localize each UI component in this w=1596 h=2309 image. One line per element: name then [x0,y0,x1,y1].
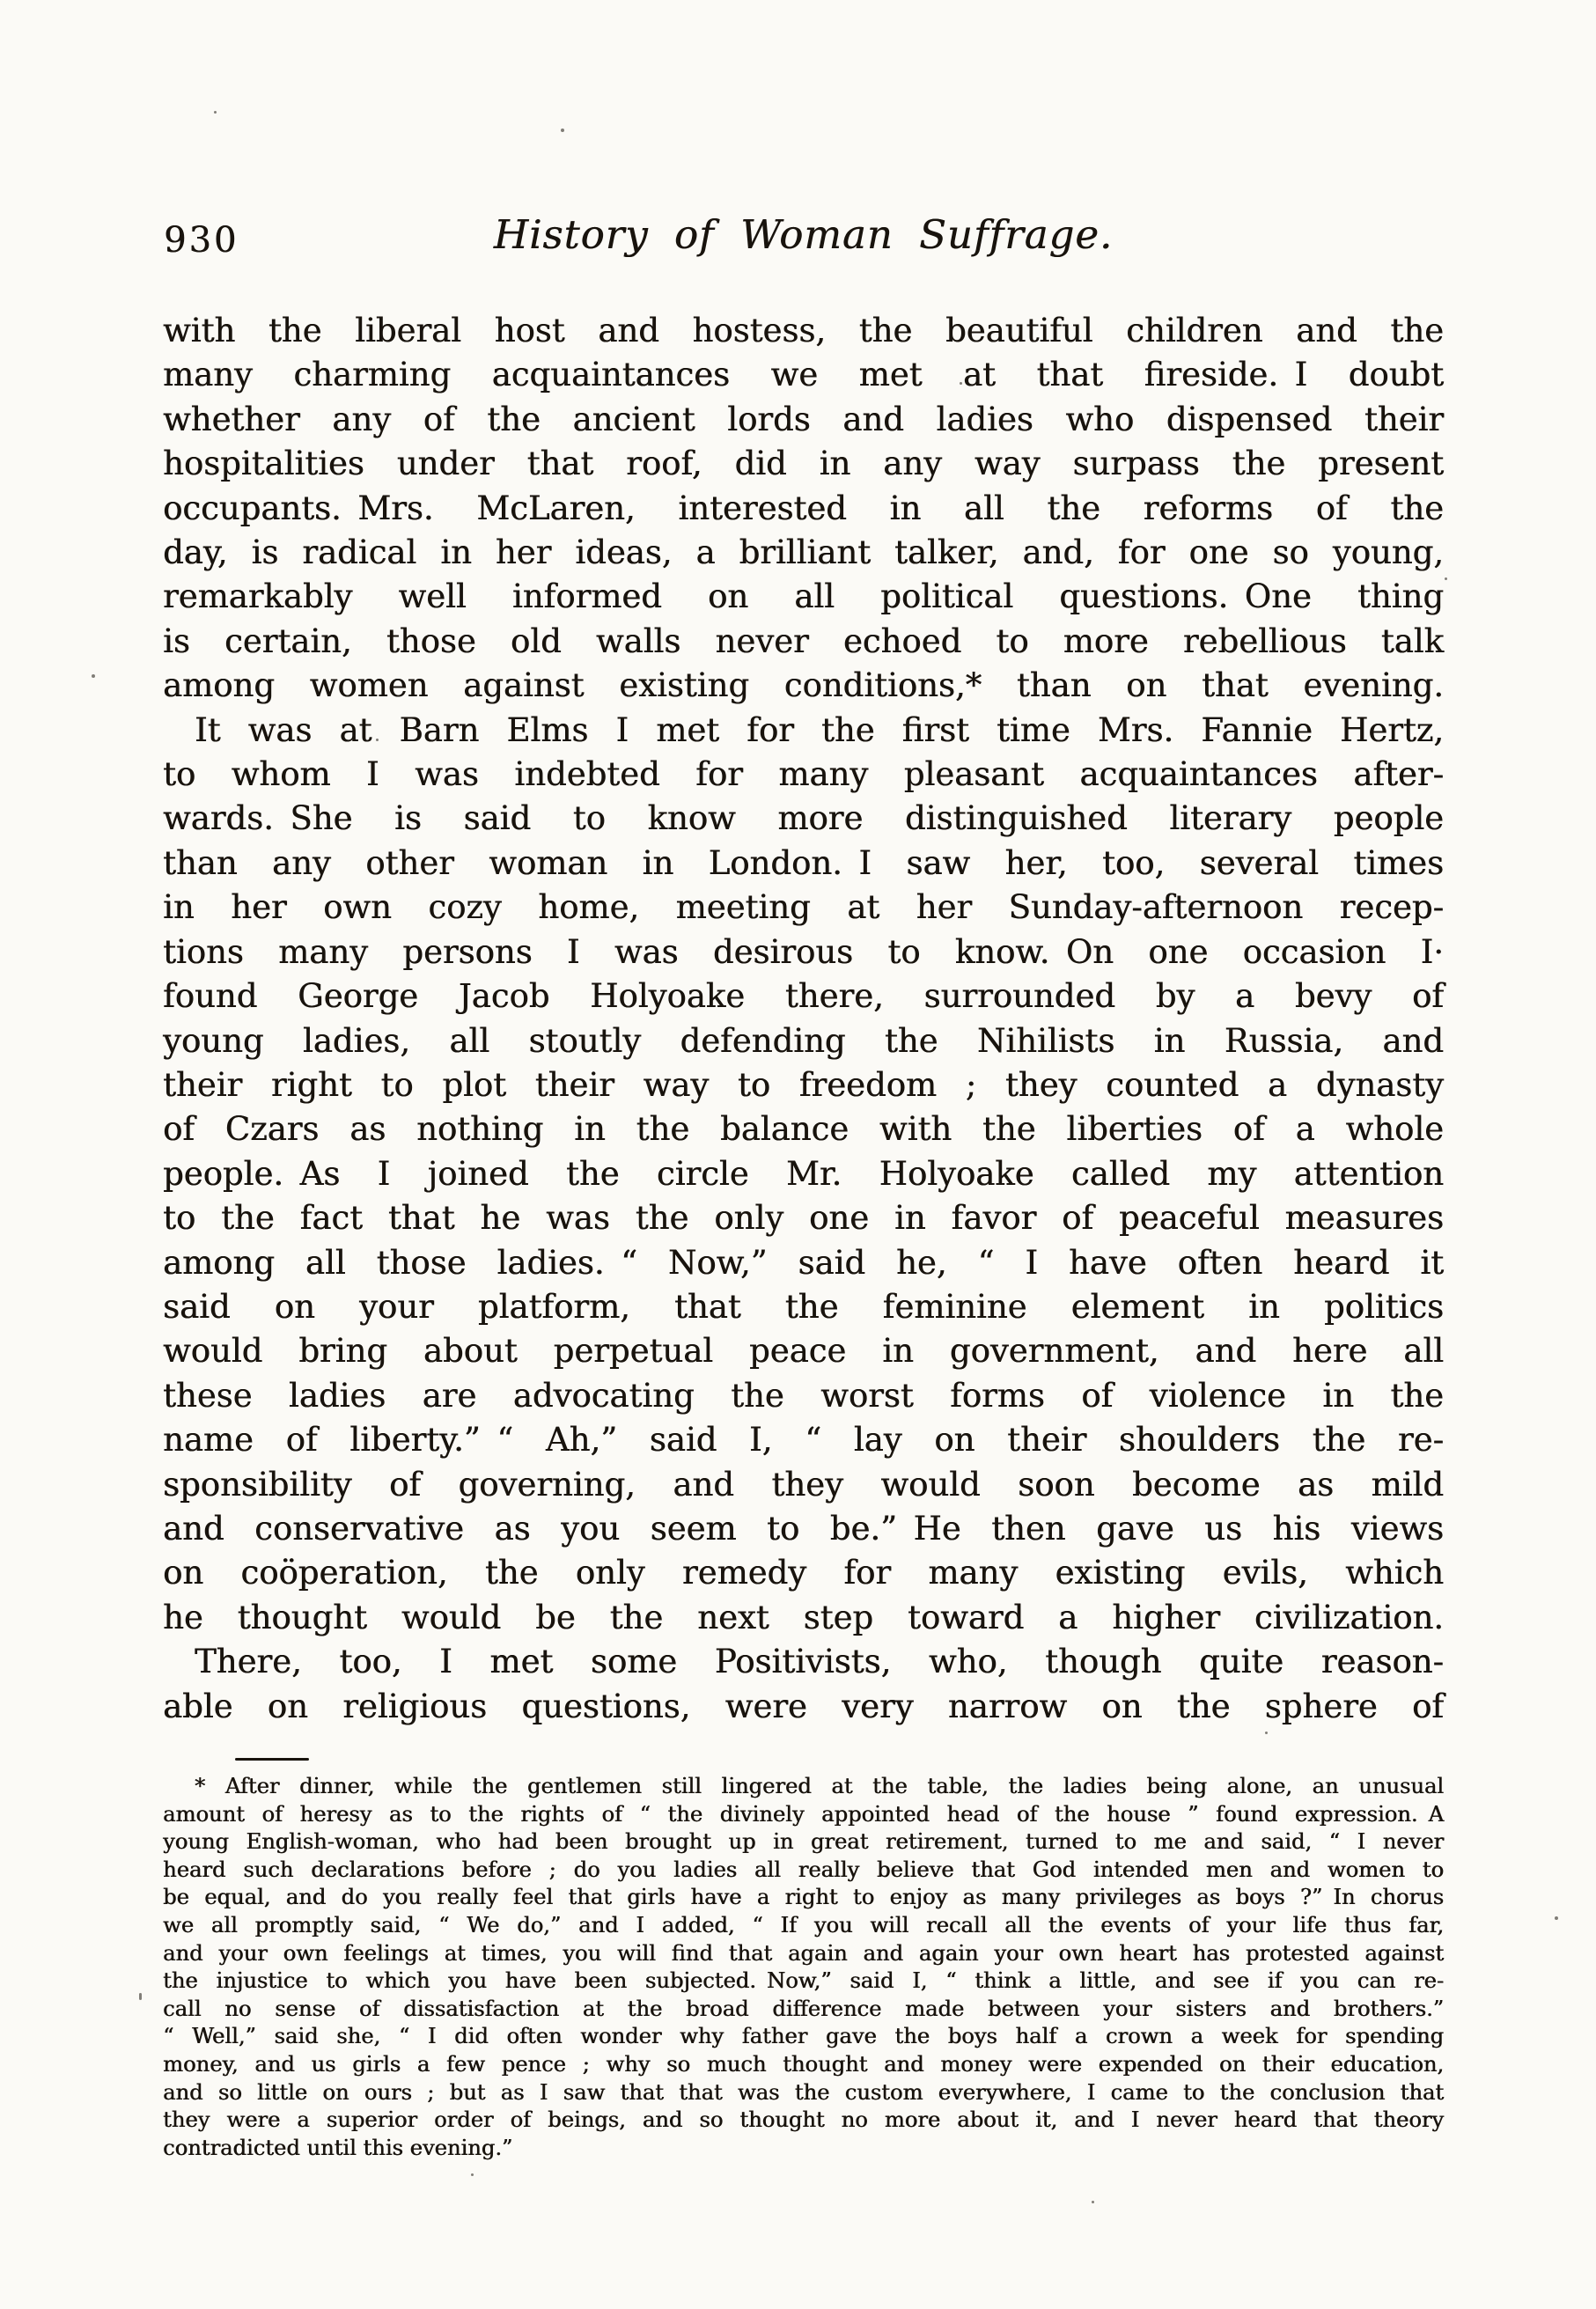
body-line: in her own cozy home, meeting at her Sun… [163,886,1444,930]
scan-speck [376,739,379,741]
footnote-line: call no sense of dissatisfaction at the … [163,1996,1444,2024]
body-line: to whom I was indebted for many pleasant… [163,753,1444,797]
scan-speck [214,111,217,114]
body-line: is certain, those old walls never echoed… [163,620,1444,664]
body-line: among women against existing conditions,… [163,664,1444,708]
scan-speck [960,382,962,385]
body-line: these ladies are advocating the worst fo… [163,1374,1444,1418]
footnote-line: young English-woman, who had been brough… [163,1828,1444,1857]
scan-speck [139,1993,142,2000]
body-line: able on religious questions, were very n… [163,1685,1444,1729]
body-line: day, is radical in her ideas, a brillian… [163,531,1444,575]
body-line: occupants. Mrs. McLaren, interested in a… [163,487,1444,531]
footnote-line: be equal, and do you really feel that gi… [163,1884,1444,1912]
body-line: There, too, I met some Positivists, who,… [163,1640,1444,1684]
body-line: wards. She is said to know more distingu… [163,797,1444,841]
footnote-line: amount of heresy as to the rights of “ t… [163,1801,1444,1829]
body-line: of Czars as nothing in the balance with … [163,1107,1444,1151]
footnote: * After dinner, while the gentlemen stil… [163,1773,1444,2162]
body-line: would bring about perpetual peace in gov… [163,1329,1444,1373]
scan-speck [1445,577,1447,580]
footnote-divider [235,1758,309,1761]
footnote-line: and your own feelings at times, you will… [163,1940,1444,1968]
scan-speck [92,674,95,678]
body-line: sponsibility of governing, and they woul… [163,1463,1444,1507]
scan-speck [1265,1732,1268,1734]
footnote-line: money, and us girls a few pence ; why so… [163,2051,1444,2079]
body-line: with the liberal host and hostess, the b… [163,309,1444,353]
body-line: found George Jacob Holyoake there, surro… [163,974,1444,1018]
body-line: hospitalities under that roof, did in an… [163,442,1444,486]
body-line: said on your platform, that the feminine… [163,1285,1444,1329]
scan-speck [471,2173,474,2176]
body-line: among all those ladies. “ Now,” said he,… [163,1241,1444,1285]
body-line: tions many persons I was desirous to kno… [163,930,1444,974]
body-line: whether any of the ancient lords and lad… [163,398,1444,442]
footnote-line: contradicted until this evening.” [163,2135,1444,2163]
body-line: to the fact that he was the only one in … [163,1196,1444,1240]
body-line: people. As I joined the circle Mr. Holyo… [163,1152,1444,1196]
body-line: he thought would be the next step toward… [163,1596,1444,1640]
body-text: with the liberal host and hostess, the b… [163,309,1444,1729]
footnote-line: they were a superior order of beings, an… [163,2107,1444,2135]
scan-speck [1092,2201,1094,2203]
footnote-line: the injustice to which you have been sub… [163,1967,1444,1996]
footnote-line: * After dinner, while the gentlemen stil… [163,1773,1444,1801]
body-line: name of liberty.” “ Ah,” said I, “ lay o… [163,1418,1444,1462]
footnote-line: heard such declarations before ; do you … [163,1857,1444,1885]
scan-speck [561,129,564,132]
body-line: remarkably well informed on all politica… [163,575,1444,619]
book-page-scan: 930 History of Woman Suffrage. with the … [0,0,1596,2309]
body-line: and conservative as you seem to be.” He … [163,1507,1444,1551]
footnote-line: we all promptly said, “ We do,” and I ad… [163,1912,1444,1940]
body-line: It was at Barn Elms I met for the first … [163,709,1444,753]
page-title: History of Woman Suffrage. [163,211,1444,258]
scan-speck [1555,1916,1558,1920]
body-line: their right to plot their way to freedom… [163,1063,1444,1107]
footnote-line: and so little on ours ; but as I saw tha… [163,2079,1444,2107]
footnote-line: “ Well,” said she, “ I did often wonder … [163,2023,1444,2051]
body-line: on coöperation, the only remedy for many… [163,1551,1444,1595]
body-line: many charming acquaintances we met at th… [163,353,1444,397]
body-line: young ladies, all stoutly defending the … [163,1019,1444,1063]
body-line: than any other woman in London. I saw he… [163,842,1444,886]
